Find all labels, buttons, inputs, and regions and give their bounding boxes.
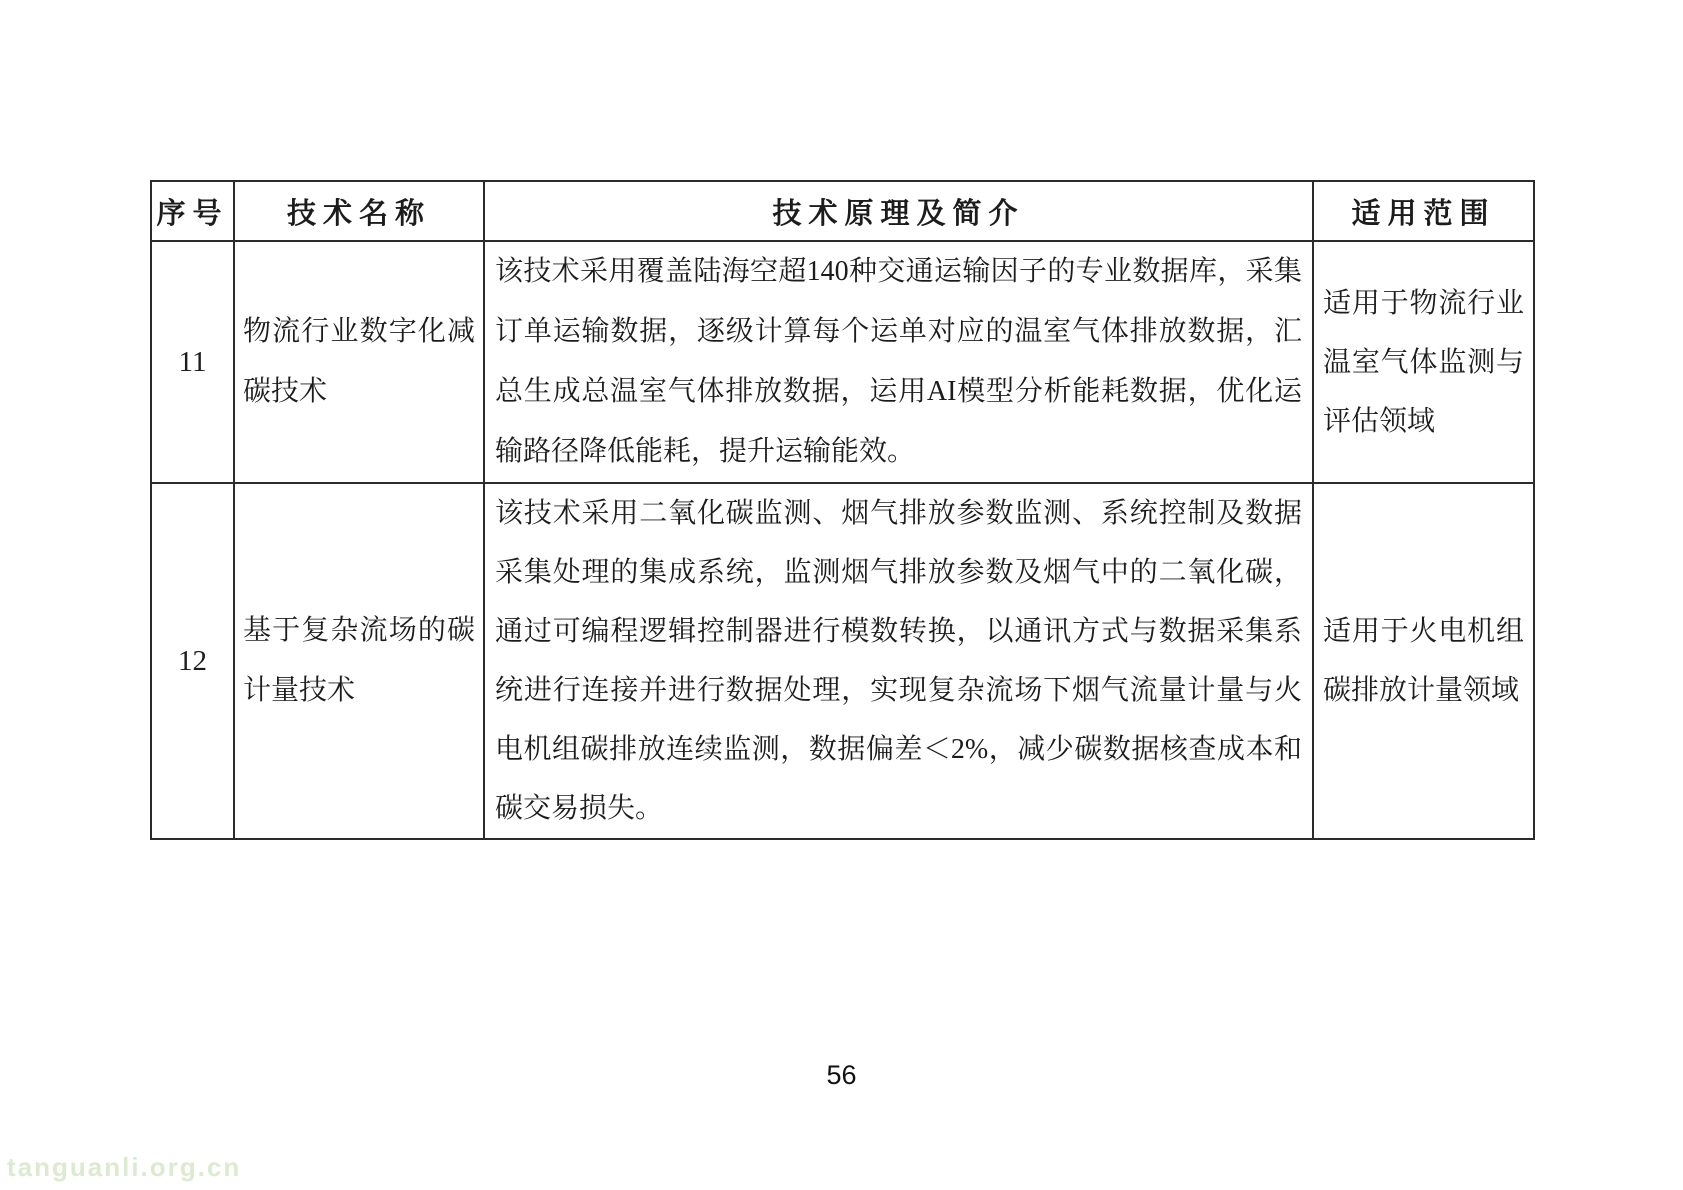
row-index: 12 — [151, 483, 234, 839]
watermark: tanguanli.org.cn — [7, 1152, 241, 1183]
header-tech-description: 技术原理及简介 — [484, 181, 1313, 241]
applicable-scope: 适用于物流行业温室气体监测与评估领域 — [1313, 241, 1534, 483]
header-tech-name: 技术名称 — [234, 181, 484, 241]
page-number: 56 — [0, 1060, 1683, 1091]
tech-name: 基于复杂流场的碳计量技术 — [234, 483, 484, 839]
tech-name: 物流行业数字化减碳技术 — [234, 241, 484, 483]
header-applicable-scope: 适用范围 — [1313, 181, 1534, 241]
tech-description: 该技术采用二氧化碳监测、烟气排放参数监测、系统控制及数据采集处理的集成系统，监测… — [484, 483, 1313, 839]
row-index: 11 — [151, 241, 234, 483]
header-index: 序号 — [151, 181, 234, 241]
technology-table: 序号 技术名称 技术原理及简介 适用范围 11 物流行业数字化减碳技术 该技术采… — [150, 180, 1535, 840]
table-row: 12 基于复杂流场的碳计量技术 该技术采用二氧化碳监测、烟气排放参数监测、系统控… — [151, 483, 1534, 839]
table-row: 11 物流行业数字化减碳技术 该技术采用覆盖陆海空超140种交通运输因子的专业数… — [151, 241, 1534, 483]
tech-description: 该技术采用覆盖陆海空超140种交通运输因子的专业数据库，采集订单运输数据，逐级计… — [484, 241, 1313, 483]
applicable-scope: 适用于火电机组碳排放计量领域 — [1313, 483, 1534, 839]
table-header-row: 序号 技术名称 技术原理及简介 适用范围 — [151, 181, 1534, 241]
